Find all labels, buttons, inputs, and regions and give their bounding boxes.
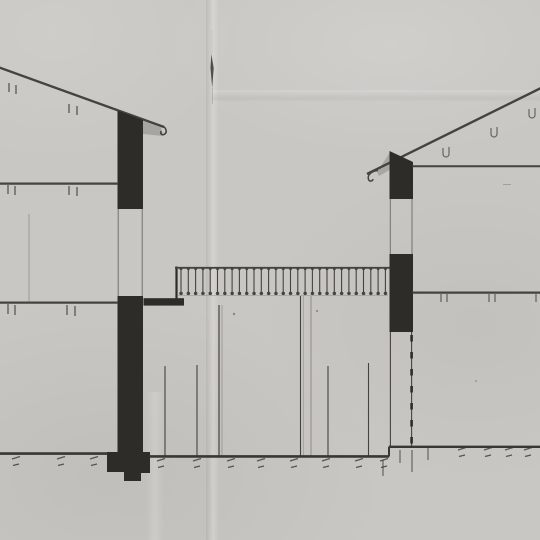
- left-wall-upper-fill: [118, 111, 144, 210]
- left-window-opening-edges: [118, 209, 142, 296]
- posts-short: [165, 363, 369, 456]
- right-joist-ticks: [441, 294, 540, 302]
- right-building-section: [367, 88, 540, 447]
- courtyard-canopy: [144, 267, 391, 306]
- left-roof-line: [0, 67, 164, 127]
- left-joist-ticks: [8, 83, 77, 316]
- right-wall-upper-fill: [390, 151, 414, 199]
- ground-hatch-left: [12, 457, 98, 466]
- fold-ink-sliver-mark: [211, 54, 214, 88]
- ground: [0, 447, 540, 476]
- right-window-opening-edges: [390, 199, 412, 254]
- right-wall-mid-fill: [390, 254, 414, 332]
- left-wall-lower-fill: [118, 296, 144, 454]
- canopy-left-bearing-bar: [144, 298, 185, 305]
- paper-speck-2: [316, 310, 318, 312]
- paper-speck-3: [475, 380, 477, 382]
- section-drawing: [0, 0, 540, 540]
- scan-artifacts: [211, 30, 478, 382]
- ground-hatch-middle: [157, 459, 388, 468]
- canopy-hatch-strokes: [181, 269, 385, 293]
- left-wall-footing: [107, 452, 150, 481]
- right-roof-batten-marks: [443, 108, 535, 157]
- ground-hatch-right: [458, 448, 532, 457]
- courtyard-posts: [165, 296, 369, 456]
- paper-speck-1: [233, 313, 235, 315]
- scanned-blueprint: Scanned architectural drawing: cross-sec…: [0, 0, 540, 540]
- left-building-section: [0, 67, 166, 481]
- right-wall-lower-edges: [390, 332, 411, 446]
